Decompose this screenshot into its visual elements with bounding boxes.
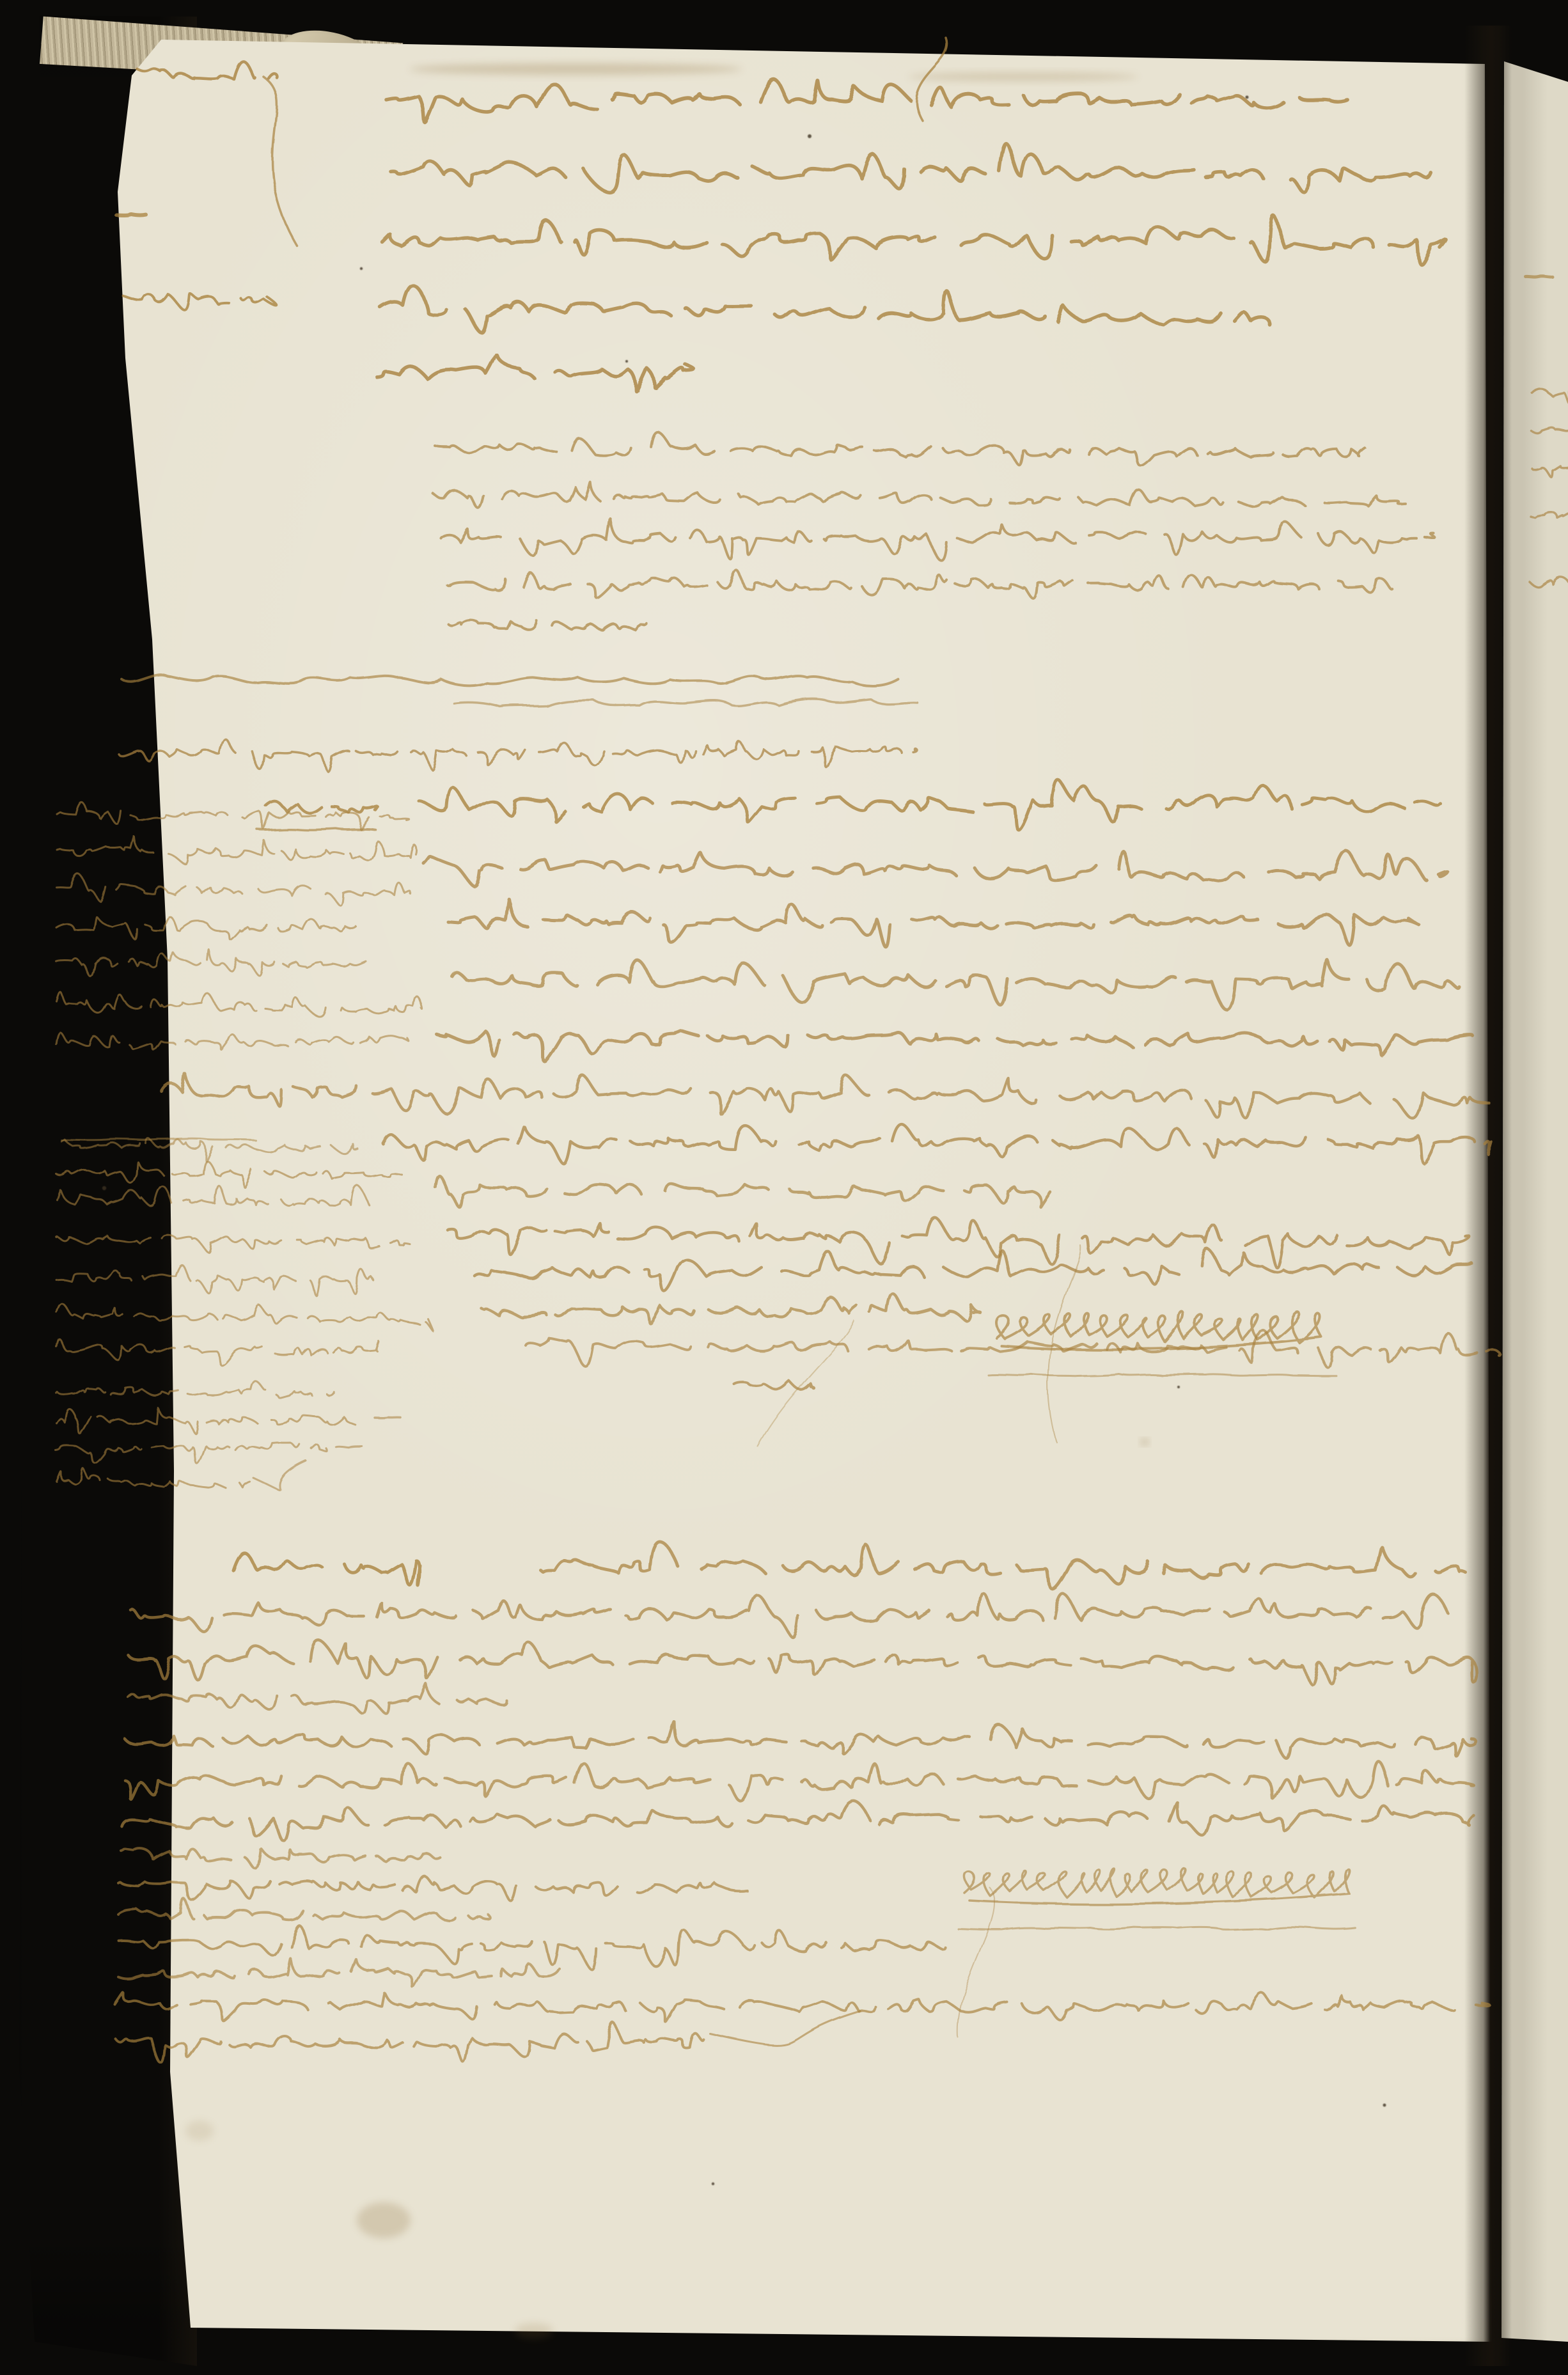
manuscript-photo: Scanned archival manuscript page - early…	[0, 0, 1568, 2375]
gutter-shadow	[1464, 26, 1512, 2366]
manuscript-page	[0, 0, 1568, 2375]
